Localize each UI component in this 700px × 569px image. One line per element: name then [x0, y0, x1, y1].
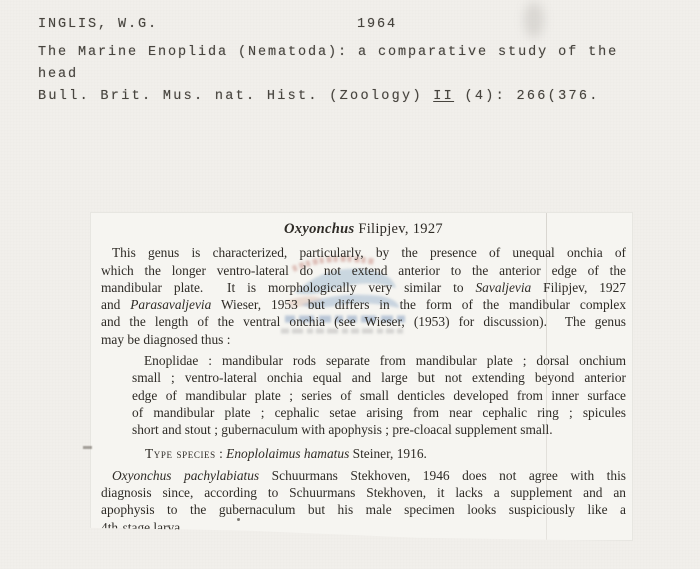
publication-year: 1964 — [357, 14, 397, 36]
edge-tick-artifact — [83, 446, 92, 449]
diagnosis-paragraph: Enoplidae : mandibular rods separate fro… — [132, 352, 626, 438]
italic-taxon-text: Oxyonchus pachylabiatus — [112, 468, 259, 483]
typed-citation-block: INGLIS, W.G. 1964 The Marine Enoplida (N… — [38, 14, 678, 108]
italic-taxon-text: Savaljevia — [475, 280, 531, 295]
text-line: and the length of the ventral onchia (se… — [101, 313, 626, 330]
text-line: of mandibular plate ; cephalic setae ari… — [132, 404, 626, 421]
text-line: diagnosis since, according to Schuurmans… — [101, 484, 626, 501]
italic-taxon-text: Enoplolaimus hamatus — [226, 446, 349, 461]
body-text: edge of mandibular plate ; series of sma… — [132, 388, 626, 403]
body-text: may be diagnosed thus : — [101, 332, 230, 347]
body-text: Schuurmans Stekhoven, 1946 does not agre… — [259, 468, 626, 483]
text-line: short and stout ; gubernaculum with apop… — [132, 421, 626, 438]
text-line: 4th-stage larva. — [101, 519, 626, 536]
text-line: mandibular plate. It is morphologically … — [101, 279, 626, 296]
remarks-paragraph: Oxyonchus pachylabiatus Schuurmans Stekh… — [101, 467, 626, 536]
small-caps-text: Type species — [145, 446, 216, 461]
text-line: which the longer ventro-lateral do not e… — [101, 262, 626, 279]
text-line: and Parasavaljevia Wieser, 1953 but diff… — [101, 296, 626, 313]
body-text: Wieser, 1953 but differs in the form of … — [211, 297, 626, 312]
body-text: diagnosis since, according to Schuurmans… — [101, 485, 626, 500]
text-line: Type species : Enoplolaimus hamatus Stei… — [145, 445, 626, 462]
description-paragraph: This genus is characterized, particularl… — [101, 244, 626, 348]
issue-and-pages: (4): 266(376. — [454, 89, 600, 104]
body-text: 4th-stage larva. — [101, 520, 184, 535]
text-line: apophysis to the gubernaculum but his ma… — [101, 501, 626, 518]
text-line: Oxyonchus pachylabiatus Schuurmans Stekh… — [101, 467, 626, 484]
citation-source-line: Bull. Brit. Mus. nat. Hist. (Zoology) II… — [38, 86, 678, 108]
author-name: INGLIS, W.G. — [38, 17, 158, 32]
italic-taxon-text: Parasavaljevia — [130, 297, 211, 312]
type-species-line: Type species : Enoplolaimus hamatus Stei… — [145, 445, 626, 462]
citation-title-line-2: head — [38, 64, 678, 86]
body-text: Steiner, 1916. — [349, 446, 427, 461]
body-text: Enoplidae : mandibular rods separate fro… — [144, 353, 626, 368]
body-text: and — [101, 297, 130, 312]
body-text: : — [216, 446, 226, 461]
excerpt-text-column: Oxyonchus Filipjev, 1927 This genus is c… — [91, 213, 632, 536]
body-text: small ; ventro-lateral onchia equal and … — [132, 370, 626, 385]
text-line: This genus is characterized, particularl… — [101, 244, 626, 261]
body-text: short and stout ; gubernaculum with apop… — [132, 422, 553, 437]
heading-authority: Filipjev, 1927 — [354, 221, 443, 237]
body-text: apophysis to the gubernaculum but his ma… — [101, 502, 626, 517]
body-text: which the longer ventro-lateral do not e… — [101, 263, 626, 278]
excerpt-heading: Oxyonchus Filipjev, 1927 — [101, 221, 626, 238]
genus-name: Oxyonchus — [284, 221, 354, 237]
volume-number: II — [433, 89, 454, 104]
text-line: Enoplidae : mandibular rods separate fro… — [132, 352, 626, 369]
citation-author-line: INGLIS, W.G. 1964 — [38, 14, 678, 36]
body-text: mandibular plate. It is morphologically … — [101, 280, 475, 295]
scan-smudge-artifact — [524, 2, 544, 38]
ink-dot-artifact — [237, 518, 240, 521]
text-line: may be diagnosed thus : — [101, 331, 626, 348]
text-line: edge of mandibular plate ; series of sma… — [132, 387, 626, 404]
body-text: and the length of the ventral onchia (se… — [101, 314, 626, 329]
text-line: small ; ventro-lateral onchia equal and … — [132, 369, 626, 386]
scanned-index-card-page: { "citation": { "author": "INGLIS, W.G."… — [0, 0, 700, 569]
body-text: of mandibular plate ; cephalic setae ari… — [132, 405, 626, 420]
citation-title-line-1: The Marine Enoplida (Nematoda): a compar… — [38, 42, 678, 64]
journal-abbreviation: Bull. Brit. Mus. nat. Hist. (Zoology) — [38, 89, 433, 104]
body-text: This genus is characterized, particularl… — [112, 245, 626, 260]
printed-excerpt-clipping: Oxyonchus Filipjev, 1927 This genus is c… — [90, 212, 633, 541]
fold-crease-line — [546, 213, 547, 540]
